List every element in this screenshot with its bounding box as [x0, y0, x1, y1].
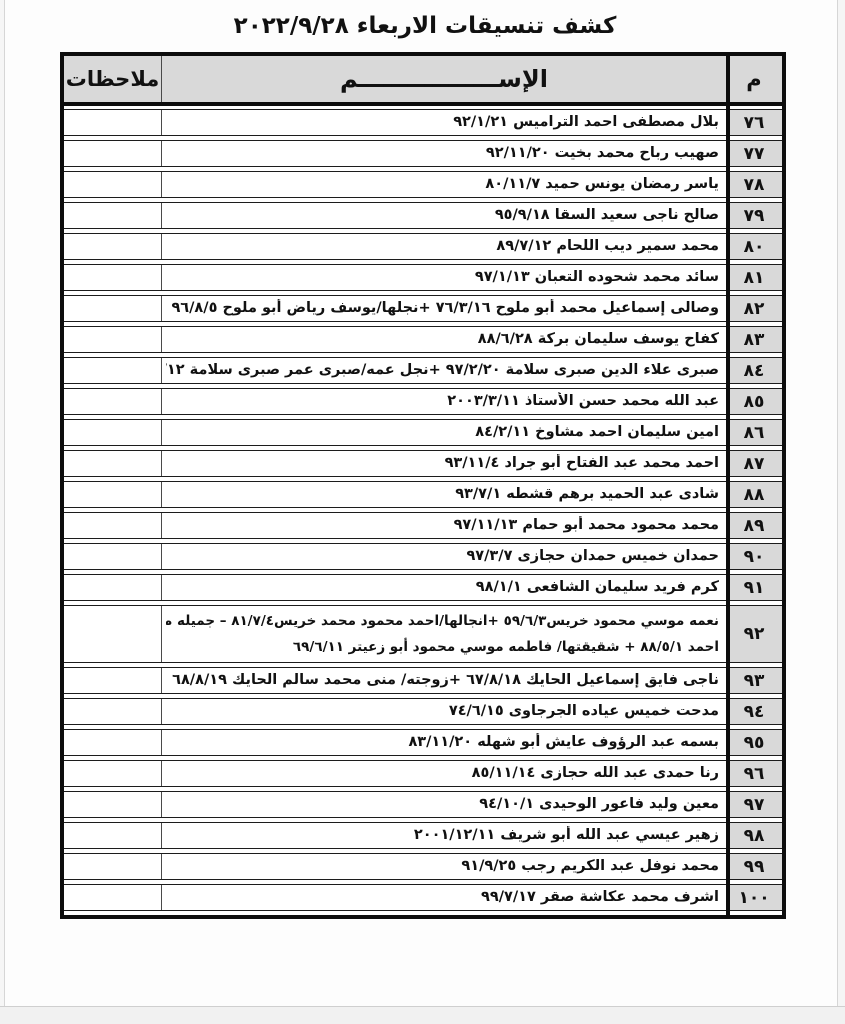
row-name-cell: محمد سمير ديب اللحام ٨٩/٧/١٢ — [162, 234, 726, 259]
header-name-column: الإســـــــــــــــــم — [162, 56, 726, 102]
page-edge-bottom — [0, 1006, 845, 1024]
row-number: ٨٨ — [744, 485, 765, 505]
table-row: ٨٣ كفاح يوسف سليمان بركة ٨٨/٦/٢٨ — [64, 326, 782, 353]
person-entry-text: عبد الله محمد حسن الأستاذ ٢٠٠٣/٣/١١ — [166, 392, 719, 410]
table-row: ٩٠ حمدان خميس حمدان حجازى ٩٧/٣/٧ — [64, 543, 782, 570]
table-row: ٩٣ ناجى فايق إسماعيل الحايك ٦٧/٨/١٨ +زوج… — [64, 667, 782, 694]
row-number: ٩١ — [744, 578, 765, 598]
row-notes-cell — [64, 141, 162, 166]
row-number: ٩٤ — [744, 702, 765, 722]
table-row: ٩٩ محمد نوفل عبد الكريم رجب ٩١/٩/٢٥ — [64, 853, 782, 880]
row-number-cell: ٩١ — [726, 575, 782, 600]
row-notes-cell — [64, 699, 162, 724]
page-edge-left — [0, 0, 5, 1008]
person-entry-text: ناجى فايق إسماعيل الحايك ٦٧/٨/١٨ +زوجته/… — [166, 671, 719, 689]
row-notes-cell — [64, 110, 162, 135]
person-entry-text: ياسر رمضان يونس حميد ٨٠/١١/٧ — [166, 175, 719, 193]
row-number: ٧٩ — [744, 206, 765, 226]
table-row: ٩٦ رنا حمدى عبد الله حجازى ٨٥/١١/١٤ — [64, 760, 782, 787]
table-row: ٩١ كرم فريد سليمان الشافعى ٩٨/١/١ — [64, 574, 782, 601]
row-notes-cell — [64, 482, 162, 507]
row-number-cell: ٨٢ — [726, 296, 782, 321]
person-entry-text: وصالى إسماعيل محمد أبو ملوح ٧٦/٣/١٦ +نجل… — [166, 299, 719, 317]
table-row: ٩٤ مدحت خميس عياده الجرجاوى ٧٤/٦/١٥ — [64, 698, 782, 725]
row-number: ٧٨ — [744, 175, 765, 195]
row-number-cell: ٨٥ — [726, 389, 782, 414]
row-name-cell: صبرى علاء الدين صبرى سلامة ٩٧/٢/٢٠ +نجل … — [162, 358, 726, 383]
person-entry-text: امين سليمان احمد مشاوخ ٨٤/٢/١١ — [166, 423, 719, 441]
row-number-cell: ٨٦ — [726, 420, 782, 445]
table-header-row: م الإســـــــــــــــــم ملاحظات — [64, 56, 782, 106]
row-number-cell: ٧٩ — [726, 203, 782, 228]
row-number-cell: ٩٦ — [726, 761, 782, 786]
row-name-cell: احمد محمد عبد الفتاح أبو جراد ٩٣/١١/٤ — [162, 451, 726, 476]
person-entry-text: صبرى علاء الدين صبرى سلامة ٩٧/٢/٢٠ +نجل … — [166, 361, 719, 379]
row-notes-cell — [64, 327, 162, 352]
row-name-cell: كرم فريد سليمان الشافعى ٩٨/١/١ — [162, 575, 726, 600]
row-number: ٨٧ — [744, 454, 765, 474]
person-entry-text: محمد سمير ديب اللحام ٨٩/٧/١٢ — [166, 237, 719, 255]
table-row: ٨٦ امين سليمان احمد مشاوخ ٨٤/٢/١١ — [64, 419, 782, 446]
table-row: ٧٨ ياسر رمضان يونس حميد ٨٠/١١/٧ — [64, 171, 782, 198]
row-notes-cell — [64, 854, 162, 879]
row-name-cell: كفاح يوسف سليمان بركة ٨٨/٦/٢٨ — [162, 327, 726, 352]
row-notes-cell — [64, 761, 162, 786]
row-name-cell: معين وليد فاعور الوحيدى ٩٤/١٠/١ — [162, 792, 726, 817]
row-number-cell: ٨٣ — [726, 327, 782, 352]
table-row: ٩٢ نعمه موسي محمود خريس٥٩/٦/٣ +انجالها/ا… — [64, 605, 782, 663]
person-entry-text: بسمه عبد الرؤوف عايش أبو شهله ٨٣/١١/٢٠ — [166, 733, 719, 751]
table-row: ٧٩ صالح ناجى سعيد السقا ٩٥/٩/١٨ — [64, 202, 782, 229]
row-number-cell: ١٠٠ — [726, 885, 782, 910]
table-row: ١٠٠ اشرف محمد عكاشة صقر ٩٩/٧/١٧ — [64, 884, 782, 911]
row-number-cell: ٩٧ — [726, 792, 782, 817]
row-name-cell: رنا حمدى عبد الله حجازى ٨٥/١١/١٤ — [162, 761, 726, 786]
row-number-cell: ٧٧ — [726, 141, 782, 166]
row-number: ٧٧ — [744, 144, 765, 164]
person-entry-text: معين وليد فاعور الوحيدى ٩٤/١٠/١ — [166, 795, 719, 813]
row-notes-cell — [64, 358, 162, 383]
row-number-cell: ٨٨ — [726, 482, 782, 507]
person-entry-text: بلال مصطفى احمد التراميس ٩٢/١/٢١ — [166, 113, 719, 131]
person-entry-text: احمد محمد عبد الفتاح أبو جراد ٩٣/١١/٤ — [166, 454, 719, 472]
page-edge-right — [837, 0, 845, 1008]
table-row: ٨٥ عبد الله محمد حسن الأستاذ ٢٠٠٣/٣/١١ — [64, 388, 782, 415]
row-number: ٩٧ — [744, 795, 765, 815]
person-entry-text: صالح ناجى سعيد السقا ٩٥/٩/١٨ — [166, 206, 719, 224]
person-entry-text: محمد محمود محمد أبو حمام ٩٧/١١/١٣ — [166, 516, 719, 534]
row-notes-cell — [64, 730, 162, 755]
row-number-cell: ٨١ — [726, 265, 782, 290]
table-body: ٧٦ بلال مصطفى احمد التراميس ٩٢/١/٢١ ٧٧ ص… — [64, 106, 782, 911]
row-number-cell: ٩٤ — [726, 699, 782, 724]
table-row: ٩٥ بسمه عبد الرؤوف عايش أبو شهله ٨٣/١١/٢… — [64, 729, 782, 756]
row-number-cell: ٨٤ — [726, 358, 782, 383]
row-number: ٨٤ — [744, 361, 765, 381]
row-name-cell: صهيب رباح محمد بخيت ٩٢/١١/٢٠ — [162, 141, 726, 166]
person-entry-text: شادى عبد الحميد برهم قشطه ٩٣/٧/١ — [166, 485, 719, 503]
row-number: ٩٢ — [744, 624, 765, 644]
row-number: ٩٩ — [744, 857, 765, 877]
header-number-column: م — [726, 56, 782, 102]
row-notes-cell — [64, 575, 162, 600]
row-notes-cell — [64, 668, 162, 693]
row-name-cell: ناجى فايق إسماعيل الحايك ٦٧/٨/١٨ +زوجته/… — [162, 668, 726, 693]
row-number: ٨٩ — [744, 516, 765, 536]
table-row: ٩٧ معين وليد فاعور الوحيدى ٩٤/١٠/١ — [64, 791, 782, 818]
row-number: ٨٥ — [744, 392, 765, 412]
row-notes-cell — [64, 296, 162, 321]
row-name-cell: بسمه عبد الرؤوف عايش أبو شهله ٨٣/١١/٢٠ — [162, 730, 726, 755]
row-number: ٩٣ — [744, 671, 765, 691]
person-entry-text: محمد نوفل عبد الكريم رجب ٩١/٩/٢٥ — [166, 857, 719, 875]
table-row: ٩٨ زهير عيسي عبد الله أبو شريف ٢٠٠١/١٢/١… — [64, 822, 782, 849]
scanned-document-page: كشف تنسيقات الاربعاء ٢٠٢٢/٩/٢٨ م الإســـ… — [0, 0, 845, 1024]
row-number: ٨٣ — [744, 330, 765, 350]
row-name-cell: وصالى إسماعيل محمد أبو ملوح ٧٦/٣/١٦ +نجل… — [162, 296, 726, 321]
row-number: ٨٢ — [744, 299, 765, 319]
row-notes-cell — [64, 265, 162, 290]
row-name-cell: مدحت خميس عياده الجرجاوى ٧٤/٦/١٥ — [162, 699, 726, 724]
table-row: ٨٤ صبرى علاء الدين صبرى سلامة ٩٧/٢/٢٠ +ن… — [64, 357, 782, 384]
person-entry-text: رنا حمدى عبد الله حجازى ٨٥/١١/١٤ — [166, 764, 719, 782]
row-number: ٩٠ — [744, 547, 765, 567]
table-row: ٨٢ وصالى إسماعيل محمد أبو ملوح ٧٦/٣/١٦ +… — [64, 295, 782, 322]
table-row: ٨٨ شادى عبد الحميد برهم قشطه ٩٣/٧/١ — [64, 481, 782, 508]
row-notes-cell — [64, 389, 162, 414]
table-row: ٧٦ بلال مصطفى احمد التراميس ٩٢/١/٢١ — [64, 109, 782, 136]
row-number: ٧٦ — [744, 113, 765, 133]
row-notes-cell — [64, 172, 162, 197]
row-name-cell: زهير عيسي عبد الله أبو شريف ٢٠٠١/١٢/١١ — [162, 823, 726, 848]
row-name-cell: بلال مصطفى احمد التراميس ٩٢/١/٢١ — [162, 110, 726, 135]
table-row: ٨٠ محمد سمير ديب اللحام ٨٩/٧/١٢ — [64, 233, 782, 260]
row-notes-cell — [64, 420, 162, 445]
row-number: ٨١ — [744, 268, 765, 288]
row-name-cell: شادى عبد الحميد برهم قشطه ٩٣/٧/١ — [162, 482, 726, 507]
row-name-cell: محمد نوفل عبد الكريم رجب ٩١/٩/٢٥ — [162, 854, 726, 879]
row-name-cell: امين سليمان احمد مشاوخ ٨٤/٢/١١ — [162, 420, 726, 445]
row-number: ٨٦ — [744, 423, 765, 443]
row-notes-cell — [64, 792, 162, 817]
row-name-cell: عبد الله محمد حسن الأستاذ ٢٠٠٣/٣/١١ — [162, 389, 726, 414]
row-number: ٩٥ — [744, 733, 765, 753]
row-notes-cell — [64, 823, 162, 848]
person-entry-text: زهير عيسي عبد الله أبو شريف ٢٠٠١/١٢/١١ — [166, 826, 719, 844]
row-number-cell: ٨٠ — [726, 234, 782, 259]
row-name-cell: صالح ناجى سعيد السقا ٩٥/٩/١٨ — [162, 203, 726, 228]
table-row: ٨١ سائد محمد شحوده التعبان ٩٧/١/١٣ — [64, 264, 782, 291]
row-name-cell: اشرف محمد عكاشة صقر ٩٩/٧/١٧ — [162, 885, 726, 910]
row-number-cell: ٩٣ — [726, 668, 782, 693]
person-entry-text: سائد محمد شحوده التعبان ٩٧/١/١٣ — [166, 268, 719, 286]
row-number-cell: ٩٥ — [726, 730, 782, 755]
row-number-cell: ٩٠ — [726, 544, 782, 569]
page-title: كشف تنسيقات الاربعاء ٢٠٢٢/٩/٢٨ — [60, 6, 790, 46]
row-number: ٩٨ — [744, 826, 765, 846]
person-entry-text: صهيب رباح محمد بخيت ٩٢/١١/٢٠ — [166, 144, 719, 162]
person-entry-text: مدحت خميس عياده الجرجاوى ٧٤/٦/١٥ — [166, 702, 719, 720]
row-notes-cell — [64, 513, 162, 538]
person-entry-text: حمدان خميس حمدان حجازى ٩٧/٣/٧ — [166, 547, 719, 565]
row-number-cell: ٨٩ — [726, 513, 782, 538]
row-number-cell: ٩٢ — [726, 606, 782, 662]
person-entry-text: اشرف محمد عكاشة صقر ٩٩/٧/١٧ — [166, 888, 719, 906]
row-number-cell: ٩٩ — [726, 854, 782, 879]
row-number-cell: ٨٧ — [726, 451, 782, 476]
row-notes-cell — [64, 203, 162, 228]
coordination-table: م الإســـــــــــــــــم ملاحظات ٧٦ بلال… — [60, 52, 786, 919]
person-entry-text: احمد ٨٨/٥/١ + شقيقتها/ فاطمه موسي محمود … — [166, 634, 719, 660]
table-row: ٨٩ محمد محمود محمد أبو حمام ٩٧/١١/١٣ — [64, 512, 782, 539]
row-name-cell: محمد محمود محمد أبو حمام ٩٧/١١/١٣ — [162, 513, 726, 538]
row-name-cell: حمدان خميس حمدان حجازى ٩٧/٣/٧ — [162, 544, 726, 569]
person-entry-text: كرم فريد سليمان الشافعى ٩٨/١/١ — [166, 578, 719, 596]
number-column-divider — [726, 56, 730, 915]
row-name-cell: سائد محمد شحوده التعبان ٩٧/١/١٣ — [162, 265, 726, 290]
row-number: ٩٦ — [744, 764, 765, 784]
row-notes-cell — [64, 606, 162, 662]
table-row: ٧٧ صهيب رباح محمد بخيت ٩٢/١١/٢٠ — [64, 140, 782, 167]
header-notes-column: ملاحظات — [64, 56, 162, 102]
row-number-cell: ٩٨ — [726, 823, 782, 848]
row-notes-cell — [64, 544, 162, 569]
row-name-cell: ياسر رمضان يونس حميد ٨٠/١١/٧ — [162, 172, 726, 197]
row-notes-cell — [64, 885, 162, 910]
row-number-cell: ٧٦ — [726, 110, 782, 135]
row-notes-cell — [64, 451, 162, 476]
table-row: ٨٧ احمد محمد عبد الفتاح أبو جراد ٩٣/١١/٤ — [64, 450, 782, 477]
row-number-cell: ٧٨ — [726, 172, 782, 197]
person-entry-text: كفاح يوسف سليمان بركة ٨٨/٦/٢٨ — [166, 330, 719, 348]
person-entry-text: نعمه موسي محمود خريس٥٩/٦/٣ +انجالها/احمد… — [166, 608, 719, 634]
row-number: ٨٠ — [744, 237, 765, 257]
row-notes-cell — [64, 234, 162, 259]
row-name-cell: نعمه موسي محمود خريس٥٩/٦/٣ +انجالها/احمد… — [162, 606, 726, 662]
row-number: ١٠٠ — [738, 888, 769, 908]
